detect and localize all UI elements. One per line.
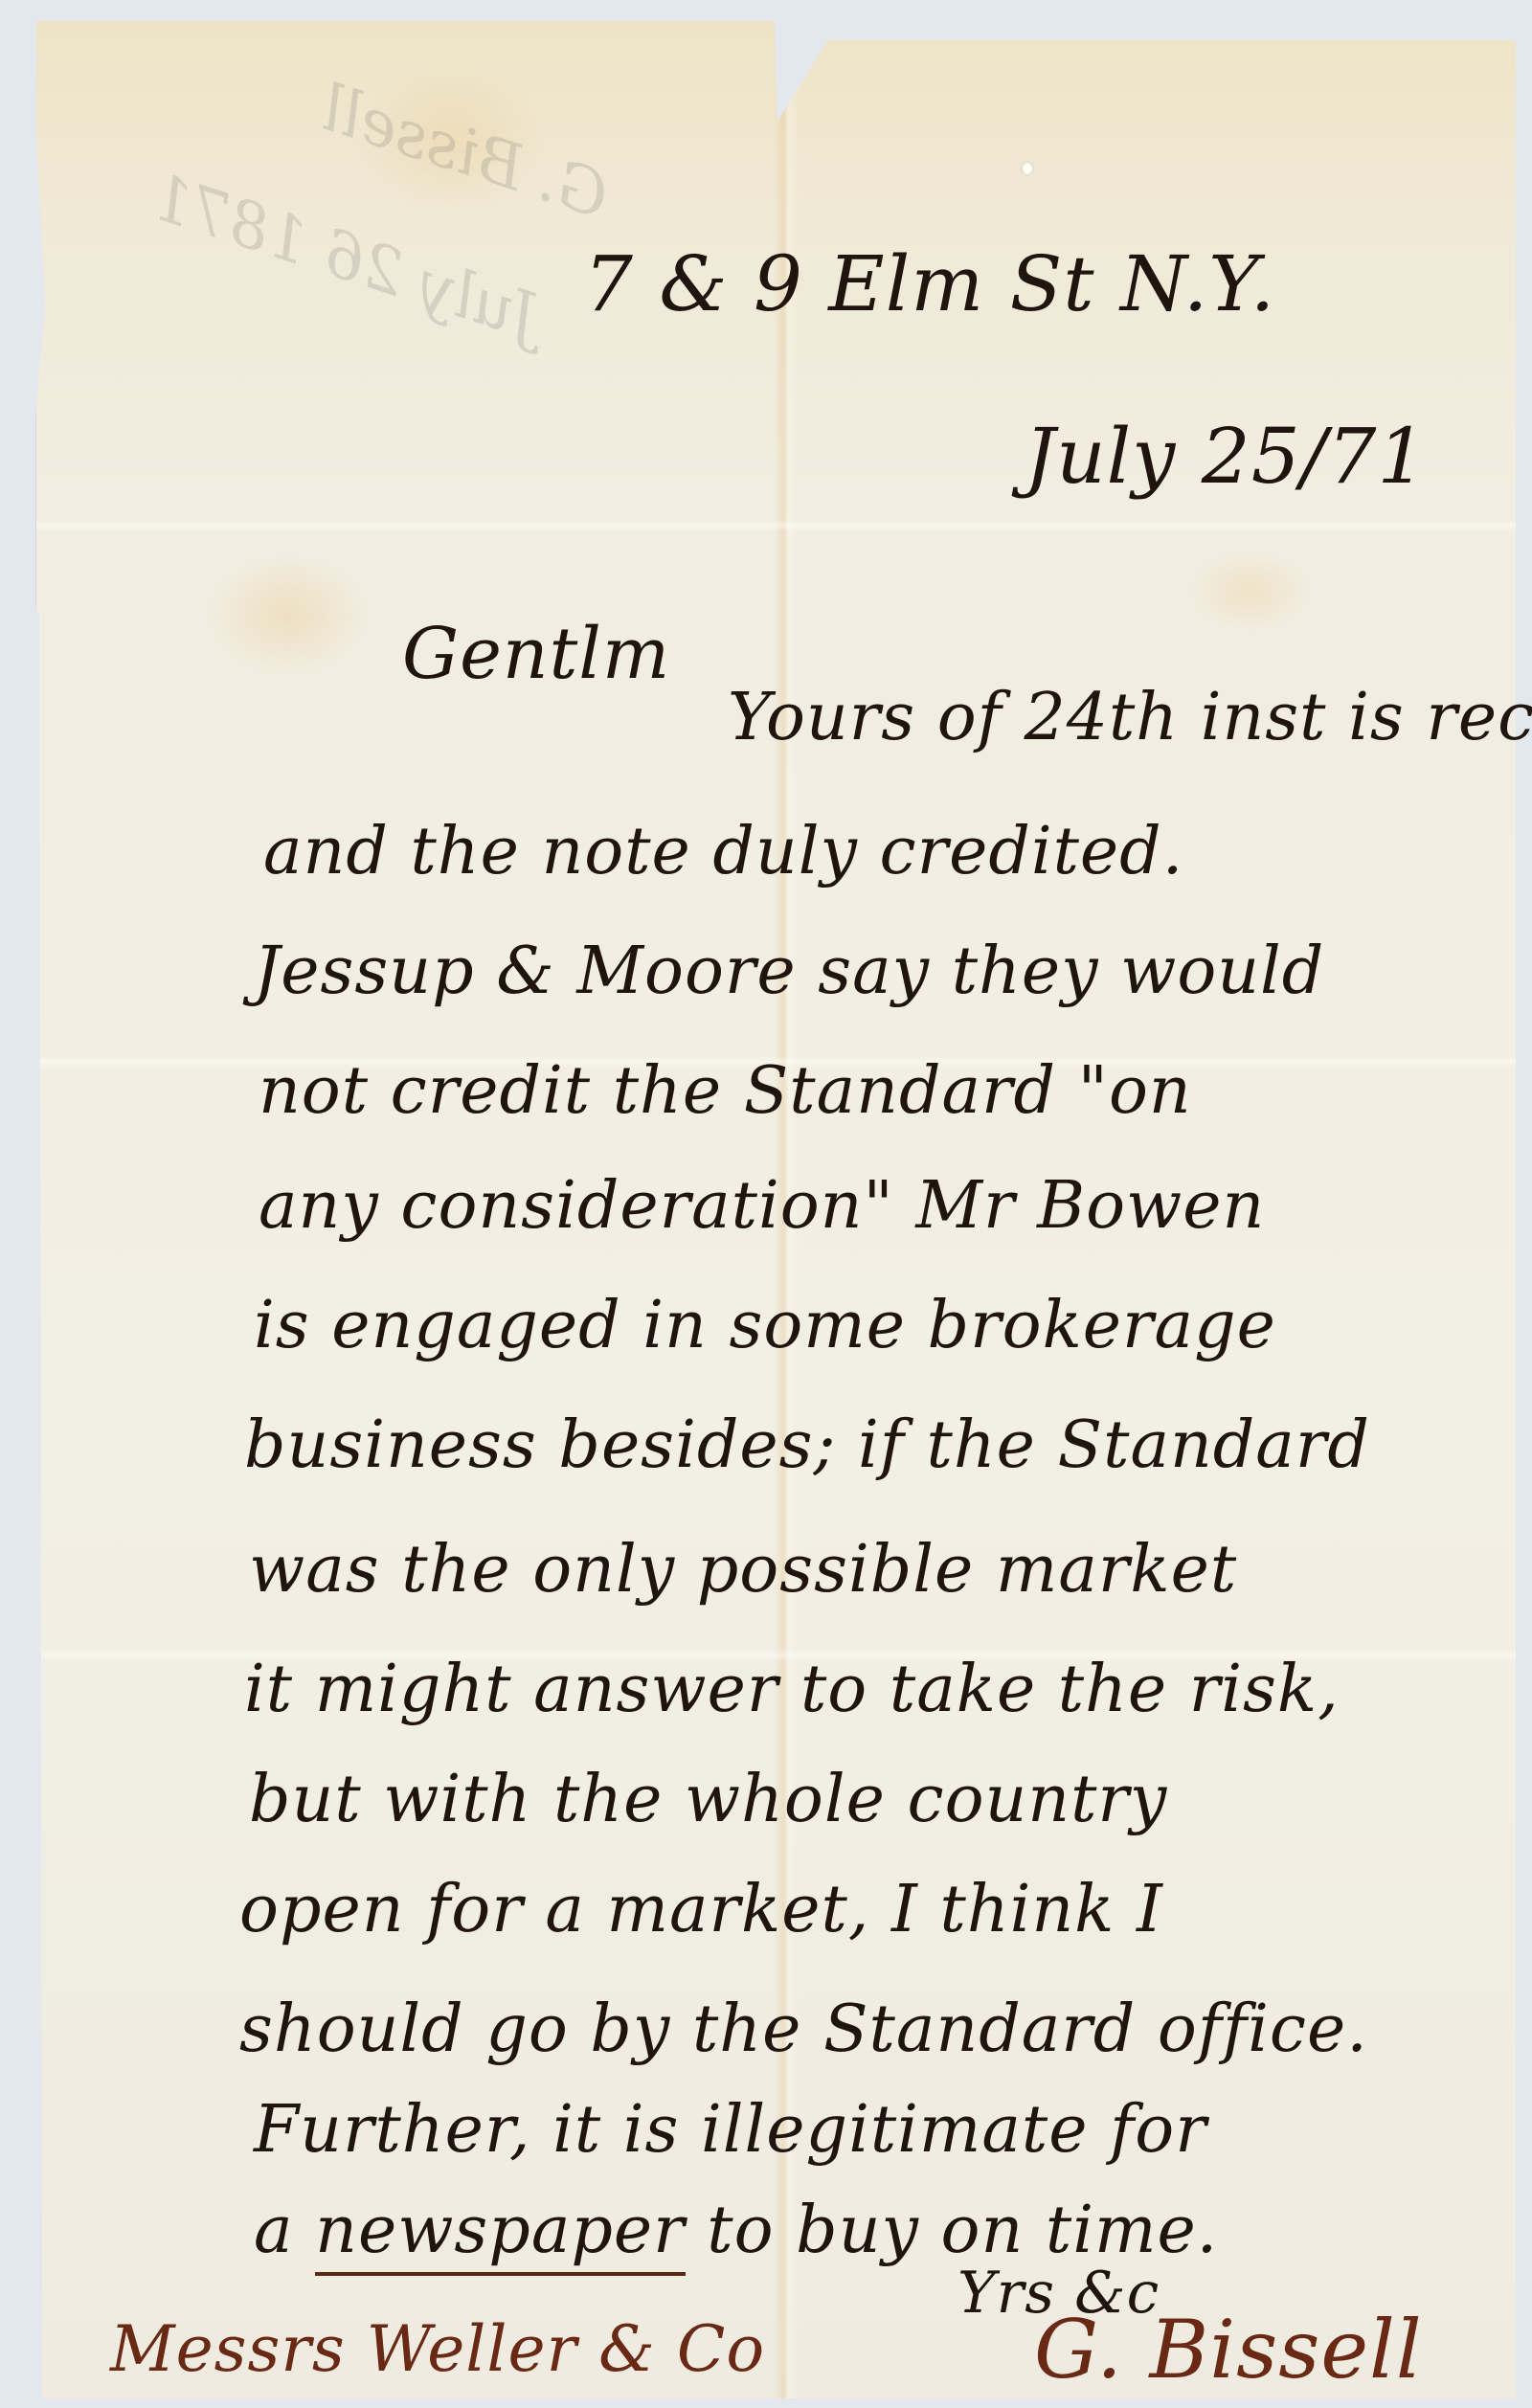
letter-date: July 25/71 bbox=[1025, 412, 1427, 501]
body-line-13: Further, it is illegitimate for bbox=[254, 2092, 1207, 2168]
body-line-10: but with the whole country bbox=[249, 1762, 1167, 1837]
body-line-1: Yours of 24th inst is recd. bbox=[728, 680, 1532, 755]
body-line-12: should go by the Standard office. bbox=[239, 1992, 1368, 2067]
body-line-6: is engaged in some brokerage bbox=[254, 1288, 1276, 1363]
body-line-14: a newspaper to buy on time. bbox=[254, 2193, 1218, 2268]
letter-salutation: Gentlm bbox=[402, 613, 670, 695]
body-line-7: business besides; if the Standard bbox=[244, 1407, 1370, 1483]
body-line-5: any consideration" Mr Bowen bbox=[259, 1168, 1265, 1244]
letter-addressee: Messrs Weller & Co bbox=[110, 2312, 765, 2386]
last-line-suffix: to buy on time. bbox=[707, 2193, 1218, 2268]
body-line-8: was the only possible market bbox=[249, 1532, 1237, 1608]
letter-address: 7 & 9 Elm St N.Y. bbox=[584, 239, 1275, 328]
underlined-word: newspaper bbox=[315, 2193, 686, 2276]
letter-signature: G. Bissell bbox=[1034, 2303, 1423, 2397]
last-line-prefix: a bbox=[254, 2193, 294, 2268]
body-line-4: not credit the Standard "on bbox=[259, 1053, 1192, 1129]
paper-pinhole bbox=[1023, 163, 1032, 174]
body-line-2: and the note duly credited. bbox=[263, 814, 1183, 889]
body-line-11: open for a market, I think I bbox=[239, 1872, 1163, 1947]
body-line-3: Jessup & Moore say they would bbox=[254, 934, 1324, 1009]
horizontal-fold-crease bbox=[36, 519, 1516, 532]
body-line-9: it might answer to take the risk, bbox=[244, 1652, 1340, 1727]
